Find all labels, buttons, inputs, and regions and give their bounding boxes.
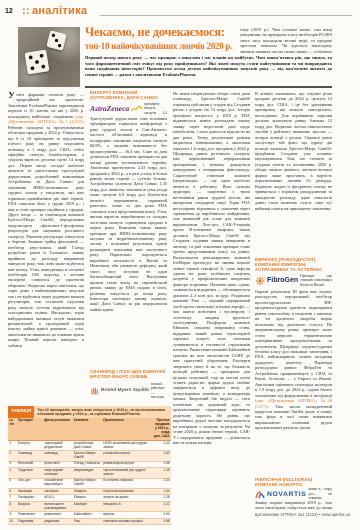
astrazeneca-logo-row: AstraZeneca Пікові продажі препарату мож… — [90, 102, 167, 115]
table-cell: 8 — [8, 501, 16, 511]
table-cell: тричі негативний рак грудної залози — [102, 468, 153, 478]
table-cell: Енхерту — [16, 440, 42, 450]
table-cell: Іммуномедікс — [72, 468, 102, 478]
table-cell: трастузумаб дерукстекан — [43, 440, 73, 450]
table-cell: АстраЗенека, Даічі Санкіо — [72, 440, 102, 450]
table-cell: 2 — [8, 451, 16, 461]
page-number: 12 — [5, 8, 13, 15]
table-row: 1Енхертутрастузумаб дерукстеканАстраЗене… — [8, 440, 171, 450]
table-cell: 0,88 — [152, 518, 171, 525]
fibrogen-gear-icon — [255, 276, 265, 286]
table-cell: 10 — [8, 518, 16, 525]
section-heading-astrazeneca: ЕНХЕРТУ КОМПАНІЙ АСТРАЗЕНЕКА, ДАІЧІ САНК… — [90, 90, 167, 101]
section-heading-bms: ОЗАНІМОД І ЛІЗО-ЦЕЛ КОМПАНІЇ БРІСТОЛ-МАЄ… — [90, 369, 167, 380]
table-cell: 1 — [8, 440, 16, 450]
novartis-torch-icon — [255, 490, 265, 499]
die-three-icon — [46, 30, 67, 51]
novartis-logo: NOVARTIS — [267, 491, 306, 498]
table-cell: 1,48 — [152, 468, 171, 478]
astrazeneca-logo: AstraZeneca — [90, 104, 129, 113]
table-row: 2ОзанімодозанімодБрістол-Маєрс Сквібброз… — [8, 451, 171, 461]
table-cell: 1,60 — [152, 451, 171, 461]
table-column-header: Діюча речовина — [43, 418, 73, 440]
table-cell: лісокабтаген маралейцел — [43, 478, 73, 488]
table-cell: Лізо-цел — [16, 478, 42, 488]
table-cell: Валрокс — [16, 501, 42, 511]
fibrogen-logo: FibroGen — [267, 277, 298, 284]
newspaper-page: 12 ::аналітика Чекаємо, не дочекаємося: … — [0, 0, 360, 530]
die-five-icon — [24, 49, 49, 74]
table-cell: БіоМарін — [72, 501, 102, 511]
body-column-4-bottom: Заявку подано наприкінці 2019 р., тож ло… — [255, 500, 332, 512]
table-cell: різдиплам — [43, 518, 73, 525]
table-cell: спінальна м'язова атрофія — [102, 518, 153, 525]
bms-hand-icon — [90, 386, 99, 395]
bms-logo: Bristol Myers Squibb — [101, 388, 149, 393]
table-cell: 5 — [8, 478, 16, 488]
section-header: ::аналітика — [22, 5, 87, 17]
fibrogen-side-note: Препарат уже отримав схвалення в Китаї т… — [300, 274, 332, 287]
table-cell: розсіяний склероз — [102, 451, 153, 461]
body-column-4-top: В агенції зазначають, що сукупні річні п… — [255, 91, 332, 255]
dice-photo — [18, 27, 80, 87]
table-row: 4Тродельвісацитузумаб говітеканІммуномед… — [8, 468, 171, 478]
table-cell: гемофілія А — [102, 501, 153, 511]
body-column-2: Трастузумаб дерукстекан став головним тр… — [90, 116, 167, 367]
body-column-1: Усвіті фармації початок року — традиційн… — [8, 92, 84, 402]
section-heading-novartis: ІНКЛІСІРАН (INCLISIRAN) КОМПАНІЇ НОВАРТІ… — [255, 477, 332, 488]
table-cell: 1,22 — [152, 501, 171, 511]
body-column-4-mid: Окремі результати III фази вже відомі: р… — [255, 289, 332, 475]
footer-imprint: Щотижневик АПТЕКА №1 (1222) • www.apteka… — [255, 512, 350, 517]
table-column-header: Прогноз продажів у 2024 р., млрд дол. СШ… — [152, 418, 171, 440]
section-title: аналітика — [32, 5, 87, 17]
headline-line2: топ-10 найочікуваніших лончів 2020 р. — [85, 41, 232, 51]
drop-cap: У — [8, 92, 16, 100]
table-cell: Брістол-Маєрс Сквібб — [72, 451, 102, 461]
table-cell: сацитузумаб говітекан — [43, 468, 73, 478]
column4-closing-text: Заявку подано наприкінці 2019 р., тож ло… — [255, 500, 332, 512]
novartis-logo-row: NOVARTIS Новартіс заплатила за актив 9,7… — [255, 488, 332, 500]
lede-paragraph: Перший номер нового року — час прощань з… — [85, 55, 332, 84]
body-column-3: Не менш інтригуючою обіцяє стати доля оз… — [173, 91, 250, 516]
section-heading-fibrogen: ЕВРЕНЗО (РОКСАДУСТАТ) КОМПАНІЙ ФІБРОГЕН,… — [255, 257, 332, 273]
table-cell: 1,44 — [152, 478, 171, 488]
table-cell: 4 — [8, 468, 16, 478]
table-cell: 2,43 — [152, 440, 171, 450]
bms-side-note: Одразу дві позиції рейтингу — наслідок у… — [151, 382, 167, 399]
table-cell: Озанімод — [16, 451, 42, 461]
table-title-band: ТАБЛИЦЯ Топ-10 препаратів, запуск яких о… — [8, 406, 171, 418]
table-column-header: № з/п — [8, 418, 16, 440]
table-cell: Брістол-Маєрс Сквібб — [72, 478, 102, 488]
column1-text-post: . Рейтинг складено за прогнозованими обс… — [8, 119, 84, 348]
table-column-header: Призначення — [102, 418, 153, 440]
drug-table-body: 1Енхертутрастузумаб дерукстеканАстраЗене… — [8, 440, 171, 525]
table-cell: Рош — [72, 518, 102, 525]
table-row: 8Валроксвалоктокоген роксапарвовекБіоМар… — [8, 501, 171, 511]
lede-rule — [85, 86, 332, 88]
astrazeneca-side-note: Пікові продажі препарату можуть сягнути … — [144, 102, 167, 115]
table-title: Топ-10 препаратів, запуск яких очікуєтьс… — [34, 406, 171, 418]
table-cell: озанімод — [43, 451, 73, 461]
column4-text: Окремі результати III фази вже відомі: р… — [255, 289, 332, 398]
drug-table-grid: № з/пПрепаратДіюча речовинаКомпаніяПризн… — [8, 418, 171, 525]
fibrogen-logo-row: FibroGen Препарат уже отримав схвалення … — [255, 274, 332, 287]
headline-line1: Чекаємо, не дочекаємося: — [85, 25, 225, 40]
novartis-side-note: Новартіс заплатила за актив 9,7 млрд дол… — [308, 488, 332, 500]
table-cell: Тродельві — [16, 468, 42, 478]
astrazeneca-swoosh-icon — [131, 105, 142, 113]
table-cell: валоктокоген роксапарвовек — [43, 501, 73, 511]
table-column-header: Препарат — [16, 418, 42, 440]
table-cell: HER2-позитивний рак грудної залози — [102, 440, 153, 450]
column1-text-pre: світі фармації початок року — традиційни… — [8, 92, 84, 119]
table-row: 10РіздипламріздипламРошспінальна м'язова… — [8, 518, 171, 525]
table-header-row: № з/пПрепаратДіюча речовинаКомпаніяПризн… — [8, 418, 171, 440]
intro-right-text: тому (2019 р.). Чим гучніше анонс, тим в… — [240, 27, 332, 53]
table-column-header: Компанія — [72, 418, 102, 440]
masthead-rule — [100, 15, 352, 16]
table-cell: Різдиплам — [16, 518, 42, 525]
table-row: 5Лізо-целлісокабтаген маралейцелБрістол-… — [8, 478, 171, 488]
drug-table: ТАБЛИЦЯ Топ-10 препаратів, запуск яких о… — [8, 406, 171, 525]
section-colon-icon: :: — [22, 5, 30, 17]
table-label: ТАБЛИЦЯ — [8, 406, 34, 418]
table-cell: В-клітинна лімфома — [102, 478, 153, 488]
bms-logo-row: Bristol Myers Squibb Одразу дві позиції … — [90, 382, 167, 399]
